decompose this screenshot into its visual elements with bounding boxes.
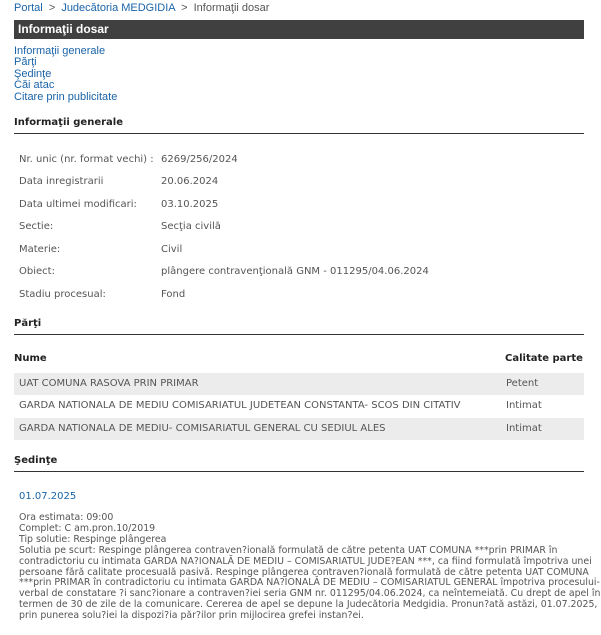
info-row-obiect: Obiect:plângere contravenţională GNM - 0… <box>19 266 429 277</box>
table-row: GARDA NATIONALA DE MEDIU- COMISARIATUL G… <box>14 418 584 440</box>
info-value: 20.06.2024 <box>161 176 218 187</box>
sedinta-solutie-line: Solutia pe scurt: Respinge plângerea con… <box>19 546 591 557</box>
page-title: Informaţii dosar <box>14 20 584 39</box>
info-value: plângere contravenţională GNM - 011295/0… <box>161 266 429 277</box>
anchor-citare-publicitate[interactable]: Citare prin publicitate <box>14 92 117 103</box>
section-title-sedinte: Şedinţe <box>14 455 584 472</box>
section-title-parti: Părţi <box>14 318 584 335</box>
breadcrumb-court[interactable]: Judecătoria MEDGIDIA <box>61 2 175 14</box>
column-header-nume: Nume <box>14 353 47 364</box>
info-label: Sectie: <box>19 221 161 232</box>
party-name: GARDA NATIONALA DE MEDIU- COMISARIATUL G… <box>19 418 385 440</box>
breadcrumb: Portal > Judecătoria MEDGIDIA > Informaţ… <box>14 2 269 14</box>
section-title-general: Informaţii generale <box>14 117 584 134</box>
info-label: Stadiu procesual: <box>19 289 161 300</box>
sedinta-solutie-line: contradictoriu cu intimata GARDA NA?IONA… <box>19 557 591 568</box>
party-role: Intimat <box>506 395 542 417</box>
breadcrumb-current: Informaţii dosar <box>194 2 270 14</box>
info-label: Obiect: <box>19 266 161 277</box>
breadcrumb-portal[interactable]: Portal <box>14 2 43 14</box>
info-row-materie: Materie:Civil <box>19 244 182 255</box>
party-role: Intimat <box>506 418 542 440</box>
info-value: Secţia civilă <box>161 221 221 232</box>
info-label: Data inregistrarii <box>19 176 161 187</box>
info-value: 6269/256/2024 <box>161 154 238 165</box>
column-header-calitate: Calitate parte <box>505 353 583 364</box>
info-value: Civil <box>161 244 182 255</box>
info-label: Materie: <box>19 244 161 255</box>
info-row-sectie: Sectie:Secţia civilă <box>19 221 221 232</box>
party-name: GARDA NATIONALA DE MEDIU COMISARIATUL JU… <box>19 395 460 417</box>
info-value: 03.10.2025 <box>161 199 218 210</box>
table-row: UAT COMUNA RASOVA PRIN PRIMAR Petent <box>14 373 584 395</box>
sedinta-solutie-line: prin punerea solu?iei la dispozi?ia păr?… <box>19 611 591 622</box>
info-value: Fond <box>161 289 185 300</box>
sedinta-details: Ora estimata: 09:00 Complet: C am.pron.1… <box>19 513 591 622</box>
info-row-data-inregistrarii: Data inregistrarii20.06.2024 <box>19 176 218 187</box>
info-label: Data ultimei modificari: <box>19 199 161 210</box>
info-label: Nr. unic (nr. format vechi) : <box>19 154 161 165</box>
breadcrumb-separator: > <box>49 2 55 14</box>
info-row-stadiu: Stadiu procesual:Fond <box>19 289 185 300</box>
party-name: UAT COMUNA RASOVA PRIN PRIMAR <box>19 373 199 395</box>
table-row: GARDA NATIONALA DE MEDIU COMISARIATUL JU… <box>14 395 584 417</box>
info-row-nr-unic: Nr. unic (nr. format vechi) :6269/256/20… <box>19 154 238 165</box>
sedinta-date-link[interactable]: 01.07.2025 <box>19 491 76 502</box>
party-role: Petent <box>506 373 538 395</box>
section-anchor-nav: Informaţii generale Părţi Şedinţe Căi at… <box>14 46 117 103</box>
anchor-cai-atac[interactable]: Căi atac <box>14 80 117 91</box>
parti-table-header: Nume Calitate parte <box>14 353 584 364</box>
info-row-data-modificari: Data ultimei modificari:03.10.2025 <box>19 199 218 210</box>
breadcrumb-separator: > <box>181 2 187 14</box>
